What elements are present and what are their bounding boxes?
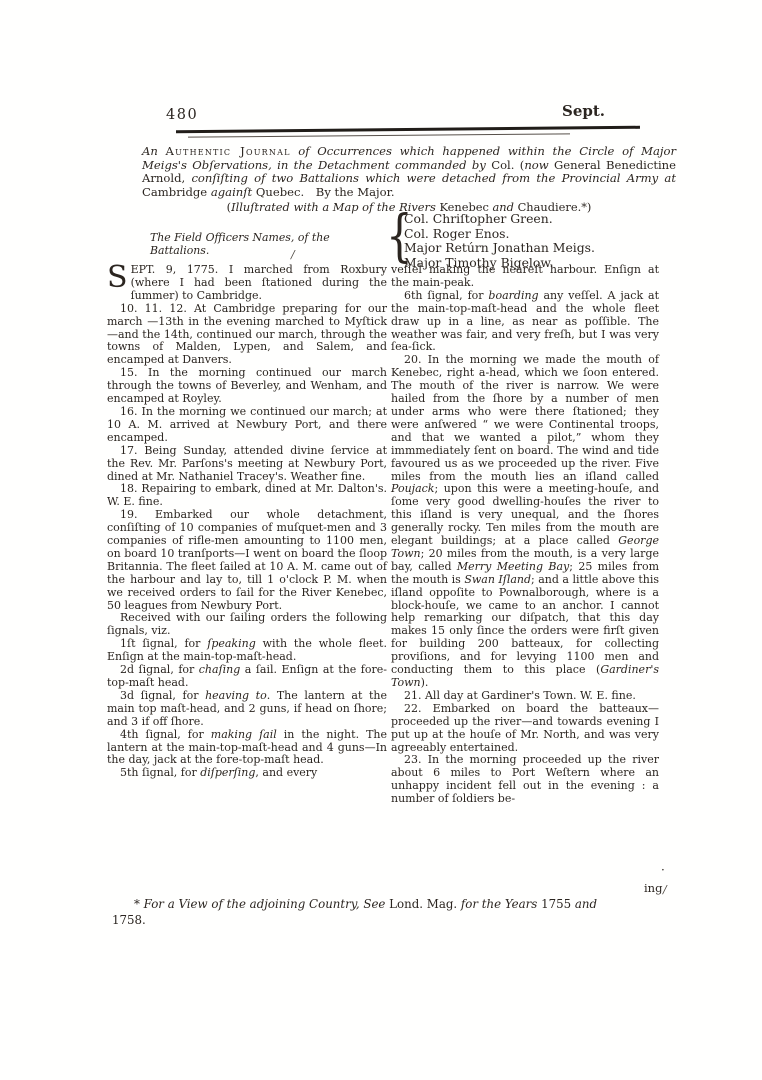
paragraph: 22. Embarked on board the batteaux—proce… [391,703,659,755]
paragraph: 18. Repairing to embark, dined at Mr. Da… [107,483,387,509]
text-run: Merry Meeting Bay [457,560,569,573]
text-run: now [524,158,554,172]
text-run: 15. In the morning continued our march t… [107,366,387,405]
text-run: An [142,144,166,158]
text-run: and [575,897,597,911]
text-run: * [134,897,144,911]
text-run: for the Years [461,897,541,911]
paragraph: veſſel making the neareſt harbour. Enſig… [391,264,659,290]
running-head: Sept. [562,102,605,120]
text-run: 10. 11. 12. At Cambridge preparing for o… [107,302,387,367]
text-run: veſſel making the neareſt harbour. Enſig… [391,263,659,289]
footnote: * For a View of the adjoining Country, S… [112,896,664,928]
text-run: 2d ſignal, for [120,663,199,676]
officer-name: Col. Chriſtopher Green. [404,212,595,227]
text-run: making ſail [211,728,277,741]
stray-mark: / [663,883,667,896]
text-run: boarding [488,289,538,302]
text-run: chaſing [199,663,241,676]
paragraph: 6th ſignal, for boarding any veſſel. A j… [391,290,659,355]
paragraph: 17. Being Sunday, attended divine ſervic… [107,445,387,484]
stray-mark: · [661,863,665,877]
drop-cap: S [107,264,131,290]
scanned-journal-page: 480 Sept. An Authentic Journal of Occurr… [0,0,762,1080]
text-run: 5th ſignal, for [120,766,200,779]
paragraph: 19. Embarked our whole detachment, conſi… [107,509,387,612]
text-run: ; and a little above this iſland oppoſit… [391,573,659,676]
text-run: EPT. 9, 1775. I marched from Roxbury (wh… [131,263,387,302]
text-run: againſt [211,185,256,199]
paragraph: 10. 11. 12. At Cambridge preparing for o… [107,303,387,368]
paragraph: 20. In the morning we made the mouth of … [391,354,659,690]
officer-name: Col. Roger Enos. [404,227,595,242]
text-run: 21. All day at Gardiner's Town. W. E. fi… [404,689,636,702]
header-rule-thin [188,133,570,138]
field-officers-label: The Field Officers Names, of the Battali… [150,231,385,257]
text-run: 19. Embarked our whole detachment, conſi… [107,508,387,611]
paragraph: 3d ſignal, for heaving to. The lantern a… [107,690,387,729]
paragraph: 16. In the morning we continued our marc… [107,406,387,445]
catchword: ing [644,881,662,895]
header-rule-thick [176,126,640,133]
paragraph: 4th ſignal, for making ſail in the night… [107,729,387,768]
text-run: heaving to [205,689,267,702]
paragraph: Received with our ſailing orders the fol… [107,612,387,638]
text-run: 23. In the morning proceeded up the rive… [391,753,659,805]
page-number: 480 [166,107,198,123]
text-run: , and every [255,766,317,779]
text-run: Authentic Journal [166,144,291,158]
text-run: 4th ſignal, for [120,728,211,741]
footnote-line: 1758. [112,912,664,928]
text-run: 16. In the morning we continued our marc… [107,405,387,444]
stray-mark: / [291,248,295,261]
officer-name: Major Retúrn Jonathan Meigs. [404,241,595,256]
text-run: 22. Embarked on board the batteaux—proce… [391,702,659,754]
text-run: Lond. Mag. [389,897,461,911]
text-run: Received with our ſailing orders the fol… [107,611,387,637]
paragraph: 1ſt ſignal, for ſpeaking with the whole … [107,638,387,664]
paragraph: 5th ſignal, for diſperſing, and every [107,767,387,780]
text-run: 3d ſignal, for [120,689,205,702]
paragraph: SEPT. 9, 1775. I marched from Roxbury (w… [107,264,387,303]
text-run: ). [421,676,429,689]
left-column: SEPT. 9, 1775. I marched from Roxbury (w… [107,264,387,780]
text-run: Quebec. By the Major. [256,185,395,199]
paragraph: 23. In the morning proceeded up the rive… [391,754,659,806]
text-run: 1755 [541,897,575,911]
right-column: veſſel making the neareſt harbour. Enſig… [391,264,659,806]
text-run: 6th ſignal, for [404,289,488,302]
text-run: conſiſting of two Battalions which were … [191,171,676,185]
text-run: 18. Repairing to embark, dined at Mr. Da… [107,482,387,508]
text-run: Cambridge [142,185,211,199]
paragraph: 2d ſignal, for chaſing a ſail. Enſign at… [107,664,387,690]
text-run: 17. Being Sunday, attended divine ſervic… [107,444,387,483]
text-run: diſperſing [200,766,255,779]
text-run: 20. In the morning we made the mouth of … [391,353,659,482]
text-run: Swan Iſland [464,573,531,586]
paragraph: 15. In the morning continued our march t… [107,367,387,406]
text-run: 1ſt ſignal, for [120,637,207,650]
footnote-line: * For a View of the adjoining Country, S… [112,896,664,912]
text-run: ſpeaking [207,637,256,650]
text-run: Poujack [391,482,434,495]
field-officers-list: Col. Chriſtopher Green.Col. Roger Enos.M… [404,212,595,270]
text-run: For a View of the adjoining Country, See [144,897,390,911]
article-title: An Authentic Journal of Occurrences whic… [142,145,676,199]
text-run: Col. ( [491,158,524,172]
